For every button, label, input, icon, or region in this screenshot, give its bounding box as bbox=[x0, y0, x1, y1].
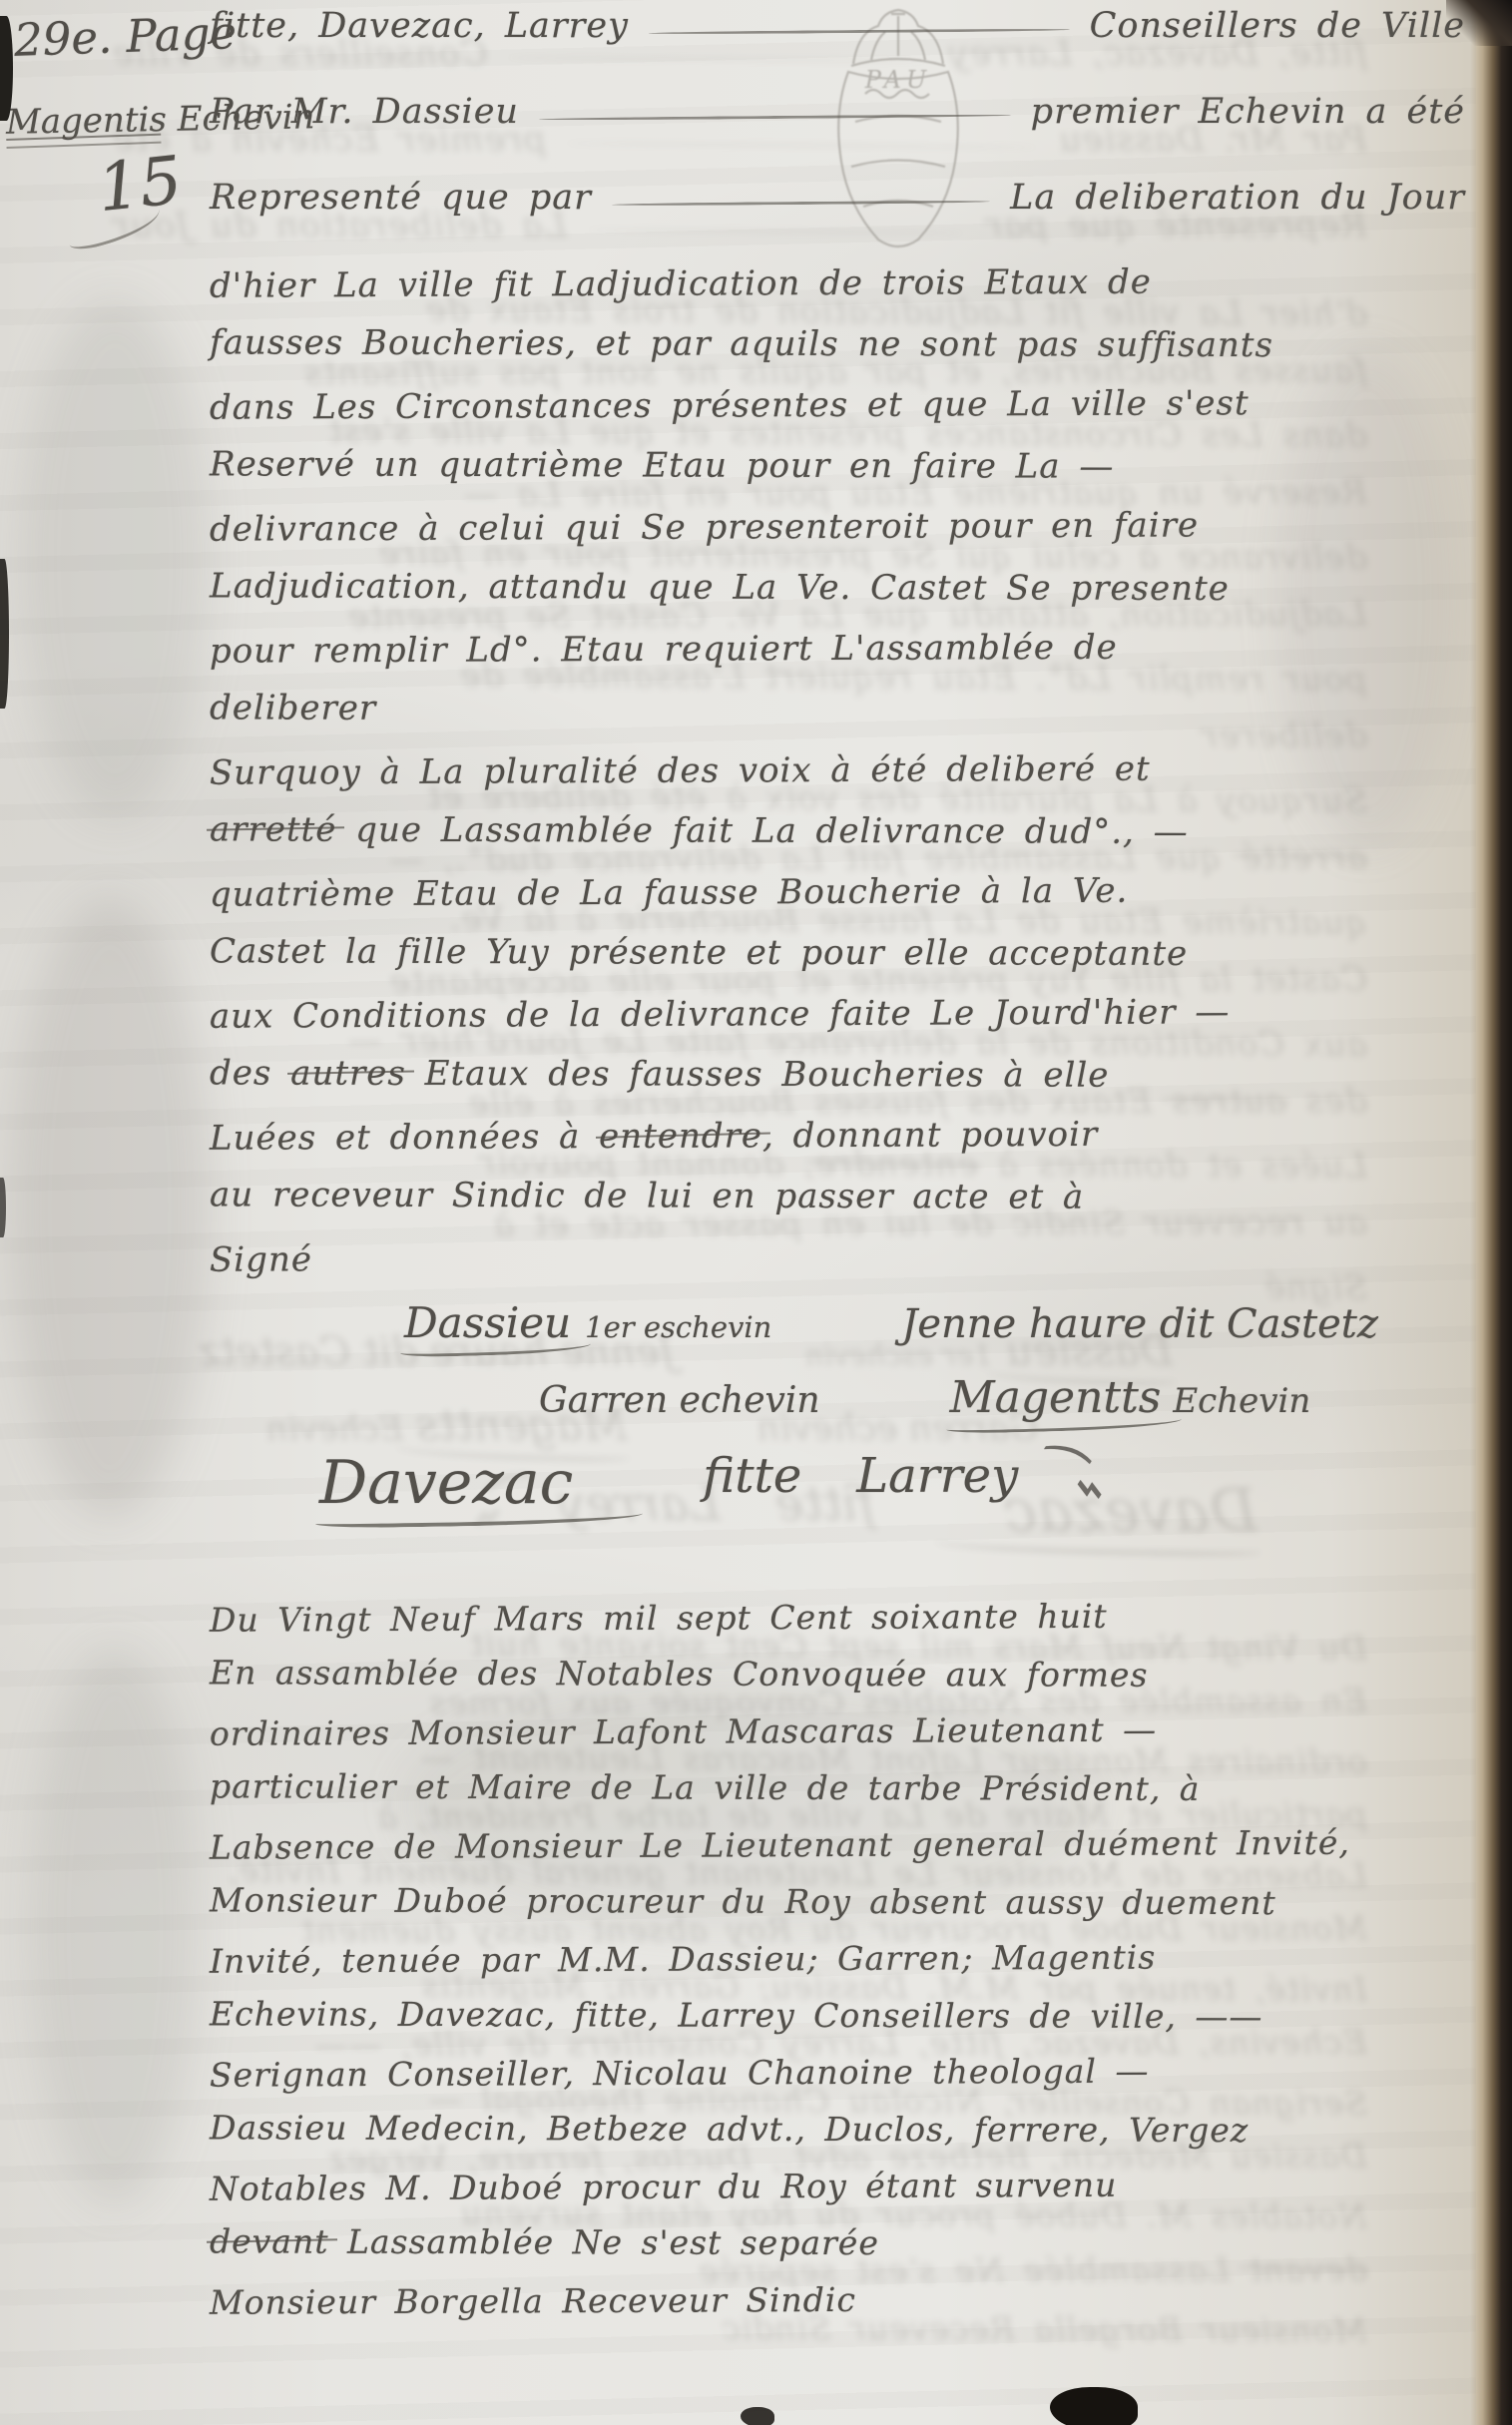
line-text: Monsieur Duboé procureur du Roy absent a… bbox=[210, 1880, 1276, 1922]
signature-larrey: Larrey bbox=[856, 1448, 1018, 1504]
manuscript-line: dans Les Circonstances présentes et que … bbox=[210, 382, 1465, 448]
line-text: Signé bbox=[210, 1239, 312, 1279]
manuscript-text-column: fitte, Davezac, LarreyConseillers de Vil… bbox=[210, 6, 1465, 2337]
line-text: Du Vingt Neuf Mars mil sept Cent soixant… bbox=[210, 1597, 1108, 1640]
line-text: quatrième Etau de La fausse Boucherie à … bbox=[210, 871, 1128, 915]
signature-row: Dassieu 1er eschevin Jenne haure dit Cas… bbox=[210, 1298, 1465, 1372]
ink-blot bbox=[741, 2407, 774, 2425]
line-left-text: Representé que par bbox=[210, 178, 592, 218]
signature-flourish: ⁀⌁ bbox=[1020, 1438, 1112, 1521]
manuscript-line: au receveur Sindic de lui en passer acte… bbox=[210, 1175, 1465, 1238]
manuscript-line: pour remplir Ld°. Etau requiert L'assamb… bbox=[210, 626, 1465, 692]
line-left-text: fitte, Davezac, Larrey bbox=[210, 6, 629, 46]
signature-davezac: Davezac bbox=[319, 1448, 573, 1518]
folio-number: 15 bbox=[94, 142, 186, 227]
signature-row: Garren echevin Magentts Echevin bbox=[210, 1372, 1465, 1434]
paper-stain bbox=[10, 898, 210, 1517]
manuscript-line: Dassieu Medecin, Betbeze advt., Duclos, … bbox=[210, 2108, 1465, 2168]
manuscript-split-line: fitte, Davezac, LarreyConseillers de Vil… bbox=[210, 6, 1465, 92]
scan-edge-mark bbox=[0, 559, 9, 709]
struck-word: autres bbox=[290, 1054, 406, 1094]
signature-magentts: Magentts bbox=[950, 1372, 1162, 1423]
pen-dash-stroke bbox=[649, 28, 1070, 35]
manuscript-line: Signé bbox=[210, 1234, 1465, 1300]
manuscript-line: Luées et données à entendre, donnant pou… bbox=[210, 1113, 1465, 1179]
signature-fitte: fitte bbox=[703, 1448, 801, 1504]
line-text: Ladjudication, attandu que La Ve. Castet… bbox=[210, 566, 1230, 609]
margin-echevin-name: Magentis bbox=[6, 100, 168, 143]
line-right-text: La deliberation du Jour bbox=[1010, 178, 1465, 218]
signature-dassieu-title: 1er eschevin bbox=[585, 1310, 771, 1344]
manuscript-line: Castet la fille Yuy présente et pour ell… bbox=[210, 931, 1465, 995]
manuscript-line: particulier et Maire de La ville de tarb… bbox=[210, 1766, 1465, 1826]
line-text: d'hier La ville fit Ladjudication de tro… bbox=[210, 262, 1152, 306]
scan-edge-mark bbox=[0, 16, 13, 121]
line-text: Serignan Conseiller, Nicolau Chanoine th… bbox=[210, 2052, 1150, 2095]
line-text: Reservé un quatrième Etau pour en faire … bbox=[210, 444, 1114, 486]
signature-row: Davezac fitte Larrey ⁀⌁ bbox=[210, 1434, 1465, 1598]
line-text: Surquoy à La pluralité des voix à été de… bbox=[210, 749, 1151, 793]
line-text: pour remplir Ld°. Etau requiert L'assamb… bbox=[210, 628, 1118, 672]
line-text: Notables M. Duboé procur du Roy étant su… bbox=[210, 2166, 1118, 2208]
line-text: delivrance à celui qui Se presenteroit p… bbox=[210, 505, 1199, 549]
struck-word: entendre bbox=[599, 1116, 762, 1157]
signature-jenne-haure: Jenne haure dit Castetz bbox=[901, 1301, 1378, 1347]
pen-dash-stroke bbox=[612, 200, 990, 206]
struck-word: arretté bbox=[210, 809, 336, 849]
line-text: particulier et Maire de La ville de tarb… bbox=[210, 1766, 1201, 1808]
line-text: Monsieur Borgella Receveur Sindic bbox=[210, 2280, 856, 2322]
line-right-text: premier Echevin a été bbox=[1031, 92, 1465, 132]
deliberation2-body: Du Vingt Neuf Mars mil sept Cent soixant… bbox=[210, 1598, 1465, 2337]
manuscript-line: Monsieur Borgella Receveur Sindic bbox=[210, 2277, 1465, 2339]
manuscript-page: fitte, Davezac, LarreyConseillers de Vil… bbox=[0, 0, 1512, 2425]
line-text: En assamblée des Notables Convoquée aux … bbox=[210, 1653, 1149, 1694]
binding-corner bbox=[1446, 0, 1512, 46]
line-text: dans Les Circonstances présentes et que … bbox=[210, 383, 1250, 428]
manuscript-line: ordinaires Monsieur Lafont Mascaras Lieu… bbox=[210, 1708, 1465, 1770]
line-text: Etaux des fausses Boucheries à elle bbox=[406, 1054, 1110, 1096]
manuscript-line: quatrième Etau de La fausse Boucherie à … bbox=[210, 869, 1465, 935]
line-text: Invité, tenuée par M.M. Dassieu; Garren;… bbox=[210, 1938, 1156, 1981]
line-left-text: Par Mr. Dassieu bbox=[210, 92, 519, 132]
binding-edge bbox=[1470, 0, 1512, 2425]
line-right-text: Conseillers de Ville bbox=[1090, 6, 1465, 46]
manuscript-line: Echevins, Davezac, fitte, Larrey Conseil… bbox=[210, 1994, 1465, 2054]
manuscript-line: delivrance à celui qui Se presenteroit p… bbox=[210, 504, 1465, 570]
manuscript-line: Reservé un quatrième Etau pour en faire … bbox=[210, 444, 1465, 508]
deliberation1-body: d'hier La ville fit Ladjudication de tro… bbox=[210, 263, 1465, 1298]
line-text: aux Conditions de la delivrance faite Le… bbox=[210, 992, 1231, 1036]
manuscript-line: d'hier La ville fit Ladjudication de tro… bbox=[210, 260, 1465, 326]
manuscript-line: Du Vingt Neuf Mars mil sept Cent soixant… bbox=[210, 1595, 1465, 1657]
manuscript-line: Monsieur Duboé procureur du Roy absent a… bbox=[210, 1880, 1465, 1940]
ink-blot bbox=[1050, 2387, 1138, 2425]
paper-stain bbox=[20, 299, 210, 818]
line-text: Echevins, Davezac, fitte, Larrey Conseil… bbox=[210, 1994, 1262, 2036]
line-text: Labsence de Monsieur Le Lieutenant gener… bbox=[210, 1823, 1350, 1867]
signature-dassieu: Dassieu bbox=[404, 1298, 571, 1347]
signature-garren: Garren echevin bbox=[539, 1380, 820, 1421]
manuscript-line: Invité, tenuée par M.M. Dassieu; Garren;… bbox=[210, 1936, 1465, 1998]
scan-edge-mark bbox=[0, 1178, 6, 1237]
line-text: Lassamblée Ne s'est separée bbox=[328, 2222, 878, 2262]
manuscript-line: devant Lassamblée Ne s'est separée bbox=[210, 2221, 1465, 2281]
line-text: fausses Boucheries, et par aquils ne son… bbox=[210, 322, 1273, 365]
paper-stain bbox=[30, 1647, 200, 2205]
page-number-note: 29e. Page bbox=[13, 6, 238, 67]
line-text: que Lassamblée fait La delivrance dud°.,… bbox=[336, 810, 1188, 852]
manuscript-line: Ladjudication, attandu que La Ve. Castet… bbox=[210, 566, 1465, 630]
pen-dash-stroke bbox=[539, 114, 1011, 121]
manuscript-line: En assamblée des Notables Convoquée aux … bbox=[210, 1653, 1465, 1712]
signature-magentts-title: Echevin bbox=[1173, 1381, 1310, 1421]
line-text: , donnant pouvoir bbox=[762, 1115, 1098, 1156]
manuscript-line: deliberer bbox=[210, 688, 1465, 751]
line-text: ordinaires Monsieur Lafont Mascaras Lieu… bbox=[210, 1710, 1157, 1753]
deliberation1-header-lines: fitte, Davezac, LarreyConseillers de Vil… bbox=[210, 6, 1465, 263]
line-text: des bbox=[210, 1053, 290, 1093]
line-text: Castet la fille Yuy présente et pour ell… bbox=[210, 931, 1188, 974]
manuscript-line: Surquoy à La pluralité des voix à été de… bbox=[210, 747, 1465, 813]
manuscript-line: fausses Boucheries, et par aquils ne son… bbox=[210, 322, 1465, 386]
line-text: Luées et données à bbox=[210, 1117, 599, 1159]
line-text: Dassieu Medecin, Betbeze advt., Duclos, … bbox=[210, 2108, 1249, 2150]
manuscript-line: des autres Etaux des fausses Boucheries … bbox=[210, 1053, 1465, 1117]
manuscript-line: aux Conditions de la delivrance faite Le… bbox=[210, 991, 1465, 1057]
manuscript-line: Notables M. Duboé procur du Roy étant su… bbox=[210, 2164, 1465, 2225]
line-text: deliberer bbox=[210, 688, 376, 727]
line-text: au receveur Sindic de lui en passer acte… bbox=[210, 1175, 1084, 1216]
manuscript-line: Labsence de Monsieur Le Lieutenant gener… bbox=[210, 1822, 1465, 1884]
manuscript-line: Serignan Conseiller, Nicolau Chanoine th… bbox=[210, 2050, 1465, 2112]
manuscript-split-line: Par Mr. Dassieupremier Echevin a été bbox=[210, 92, 1465, 178]
manuscript-line: arretté que Lassamblée fait La delivranc… bbox=[210, 809, 1465, 873]
struck-word: devant bbox=[210, 2221, 329, 2260]
manuscript-split-line: Representé que parLa deliberation du Jou… bbox=[210, 178, 1465, 263]
